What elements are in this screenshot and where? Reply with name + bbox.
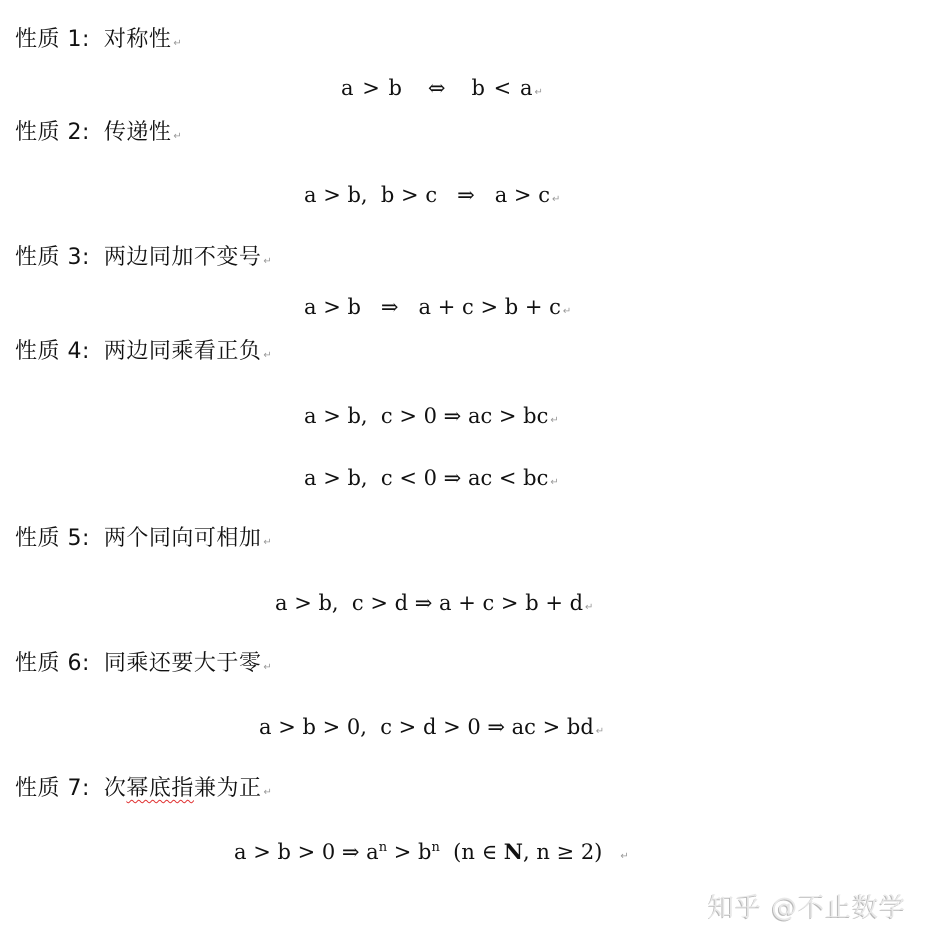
watermark: 知乎 @不止数学 — [708, 887, 906, 924]
property-7-formula: a > b > 0 ⇒ an > bn (n ∈ N, n ≥ 2)↵ — [234, 839, 629, 870]
paragraph-mark-icon: ↵ — [563, 306, 571, 317]
property-title-end: 兼为正 — [194, 776, 262, 801]
property-label: 性质 5: — [15, 526, 90, 551]
formula-text: a > b ⇔ b < a — [341, 76, 532, 100]
property-1-formula: a > b ⇔ b < a↵ — [341, 75, 543, 106]
exponent-n: n — [379, 840, 387, 855]
spellcheck-underlined-text[interactable]: 幂底指 — [126, 776, 194, 801]
property-4-formula-negative: a > b, c < 0 ⇒ ac < bc↵ — [304, 465, 559, 496]
condition-open: (n ∈ — [440, 840, 504, 864]
formula-mid: > b — [387, 840, 431, 864]
paragraph-mark-icon: ↵ — [552, 194, 560, 205]
paragraph-mark-icon: ↵ — [173, 131, 182, 142]
property-1-heading: 性质 1:对称性↵ — [15, 27, 182, 57]
property-7-heading: 性质 7:次幂底指兼为正↵ — [15, 776, 272, 806]
property-title: 两边同加不变号 — [104, 245, 262, 270]
property-label: 性质 4: — [15, 339, 90, 364]
property-3-heading: 性质 3:两边同加不变号↵ — [15, 245, 272, 275]
property-label: 性质 6: — [15, 651, 90, 676]
paragraph-mark-icon: ↵ — [263, 350, 272, 361]
formula-text: a > b, c > 0 ⇒ ac > bc — [304, 404, 548, 428]
property-label: 性质 1: — [15, 27, 90, 52]
paragraph-mark-icon: ↵ — [550, 477, 558, 488]
formula-text: a > b ⇒ a + c > b + c — [304, 295, 561, 319]
paragraph-mark-icon: ↵ — [550, 415, 558, 426]
property-3-formula: a > b ⇒ a + c > b + c↵ — [304, 294, 571, 325]
property-2-heading: 性质 2:传递性↵ — [15, 120, 182, 150]
paragraph-mark-icon: ↵ — [585, 602, 593, 613]
paragraph-mark-icon: ↵ — [534, 87, 542, 98]
paragraph-mark-icon: ↵ — [263, 662, 272, 673]
property-6-formula: a > b > 0, c > d > 0 ⇒ ac > bd↵ — [259, 714, 604, 745]
formula-lhs: a > b > 0 ⇒ a — [234, 840, 379, 864]
property-5-formula: a > b, c > d ⇒ a + c > b + d↵ — [275, 590, 593, 621]
property-title: 两边同乘看正负 — [104, 339, 262, 364]
condition-close: , n ≥ 2) — [523, 840, 602, 864]
formula-text: a > b > 0, c > d > 0 ⇒ ac > bd — [259, 715, 594, 739]
exponent-n: n — [431, 840, 439, 855]
paragraph-mark-icon: ↵ — [263, 787, 272, 798]
property-2-formula: a > b, b > c ⇒ a > c↵ — [304, 182, 560, 213]
property-label: 性质 2: — [15, 120, 90, 145]
paragraph-mark-icon: ↵ — [596, 726, 604, 737]
formula-text: a > b, c < 0 ⇒ ac < bc — [304, 466, 548, 490]
property-5-heading: 性质 5:两个同向可相加↵ — [15, 526, 272, 556]
paragraph-mark-icon: ↵ — [263, 537, 272, 548]
property-title: 传递性 — [104, 120, 172, 145]
property-title: 同乘还要大于零 — [104, 651, 262, 676]
formula-text: a > b, c > d ⇒ a + c > b + d — [275, 591, 583, 615]
paragraph-mark-icon: ↵ — [263, 256, 272, 267]
property-label: 性质 3: — [15, 245, 90, 270]
paragraph-mark-icon: ↵ — [173, 38, 182, 49]
property-4-formula-positive: a > b, c > 0 ⇒ ac > bc↵ — [304, 403, 559, 434]
paragraph-mark-icon: ↵ — [620, 851, 628, 862]
property-title: 对称性 — [104, 27, 172, 52]
property-6-heading: 性质 6:同乘还要大于零↵ — [15, 651, 272, 681]
property-label: 性质 7: — [15, 776, 90, 801]
property-title: 两个同向可相加 — [104, 526, 262, 551]
natural-numbers-symbol: N — [504, 839, 523, 864]
property-title-start: 次 — [104, 776, 127, 801]
formula-text: a > b, b > c ⇒ a > c — [304, 183, 550, 207]
property-4-heading: 性质 4:两边同乘看正负↵ — [15, 339, 272, 369]
